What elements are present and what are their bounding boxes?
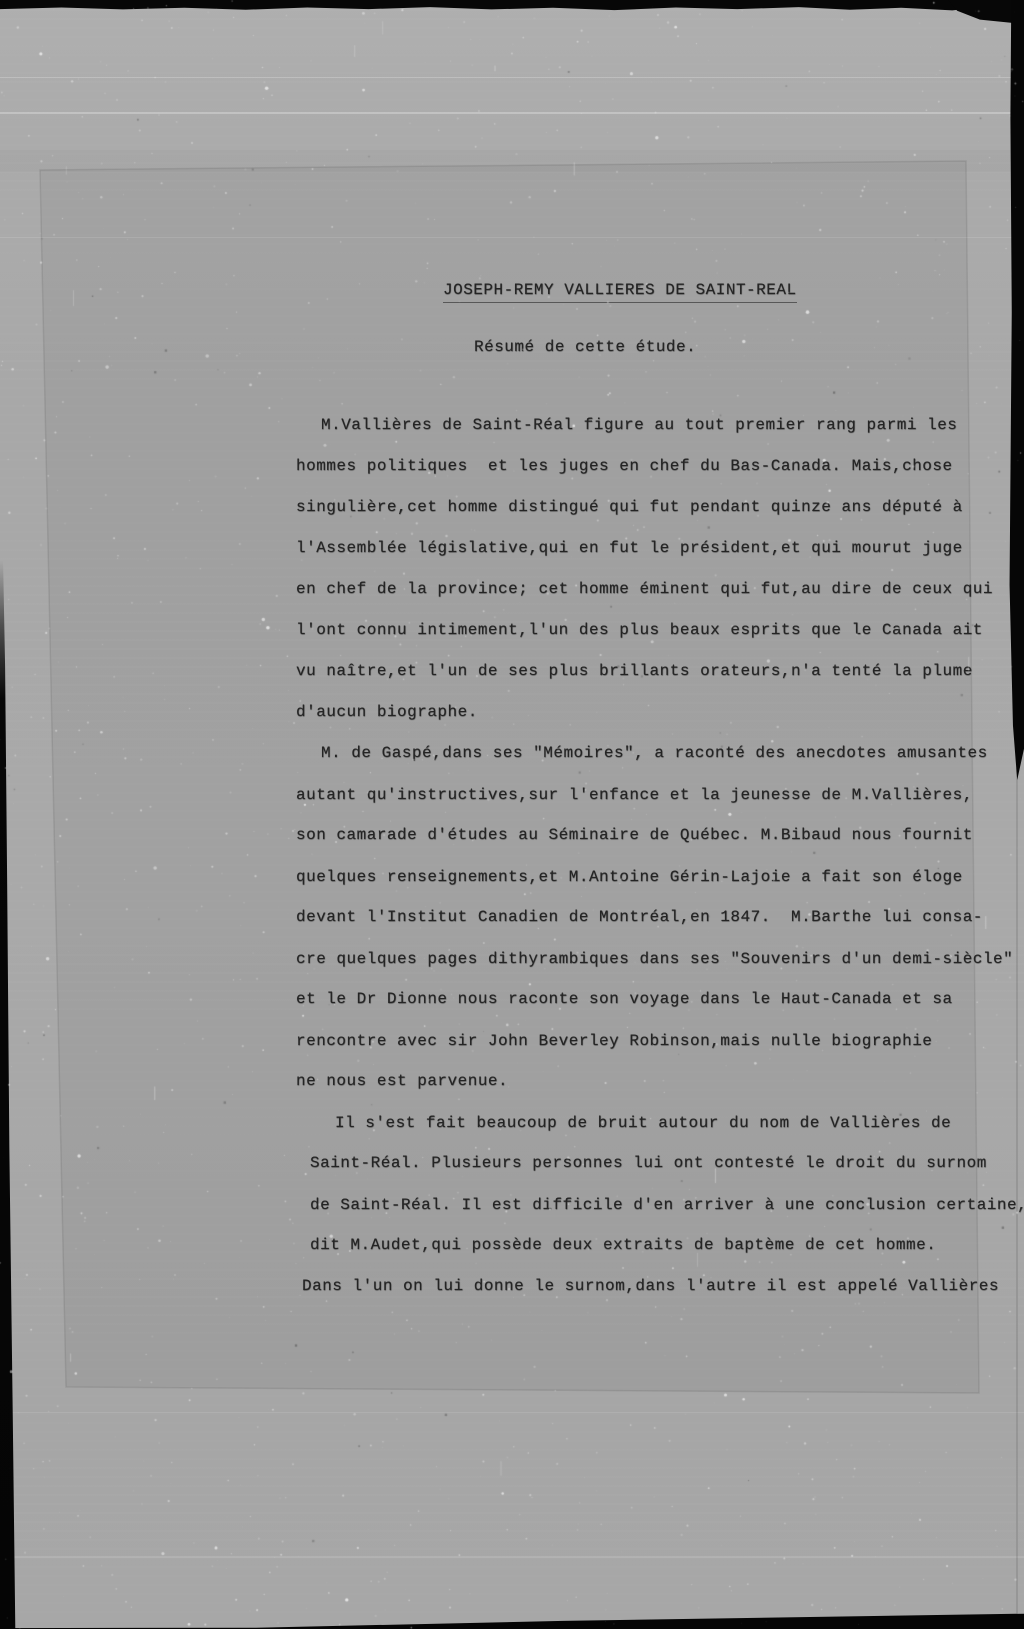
document-subtitle: Résumé de cette étude. (474, 338, 696, 356)
text-line: M. de Gaspé,dans ses "Mémoires", a racon… (296, 733, 1024, 774)
text-line: de Saint-Réal. Il est difficile d'en arr… (310, 1185, 1024, 1226)
text-line: l'Assemblée législative,qui en fut le pr… (296, 528, 1024, 569)
text-line: Saint-Réal. Plusieurs personnes lui ont … (310, 1143, 1024, 1184)
text-line: l'ont connu intimement,l'un des plus bea… (296, 610, 1024, 651)
text-line: vu naître,et l'un de ses plus brillants … (296, 651, 1024, 692)
text-line: rencontre avec sir John Beverley Robinso… (296, 1021, 1024, 1062)
paragraph: M. de Gaspé,dans ses "Mémoires", a racon… (296, 733, 1024, 1102)
document-title: JOSEPH-REMY VALLIERES DE SAINT-REAL (443, 281, 797, 303)
text-line: en chef de la province; cet homme éminen… (296, 569, 1024, 610)
paragraph: M.Vallières de Saint-Réal figure au tout… (296, 405, 1024, 733)
text-line: autant qu'instructives,sur l'enfance et … (296, 775, 1024, 816)
text-line: et le Dr Dionne nous raconte son voyage … (296, 979, 1024, 1020)
text-line: cre quelques pages dithyrambiques dans s… (296, 939, 1024, 980)
text-line: quelques renseignements,et M.Antoine Gér… (296, 857, 1024, 898)
text-line: devant l'Institut Canadien de Montréal,e… (296, 897, 1024, 938)
text-line: M.Vallières de Saint-Réal figure au tout… (296, 405, 1024, 446)
document-content: JOSEPH-REMY VALLIERES DE SAINT-REAL Résu… (0, 0, 1024, 1629)
text-line: Dans l'un on lui donne le surnom,dans l'… (302, 1266, 1024, 1307)
paragraph: Dans l'un on lui donne le surnom,dans l'… (302, 1266, 1024, 1307)
photostat-scan: JOSEPH-REMY VALLIERES DE SAINT-REAL Résu… (0, 0, 1024, 1629)
text-line: son camarade d'études au Séminaire de Qu… (296, 815, 1024, 856)
text-line: ne nous est parvenue. (296, 1061, 1024, 1102)
text-line: d'aucun biographe. (296, 692, 1024, 733)
text-line: dit M.Audet,qui possède deux extraits de… (310, 1225, 1024, 1266)
document-body: M.Vallières de Saint-Réal figure au tout… (296, 405, 1024, 1307)
paragraph: Il s'est fait beaucoup de bruit autour d… (310, 1102, 1024, 1266)
text-line: hommes politiques et les juges en chef d… (296, 446, 1024, 487)
text-line: Il s'est fait beaucoup de bruit autour d… (310, 1103, 1024, 1144)
text-line: singulière,cet homme distingué qui fut p… (296, 487, 1024, 528)
